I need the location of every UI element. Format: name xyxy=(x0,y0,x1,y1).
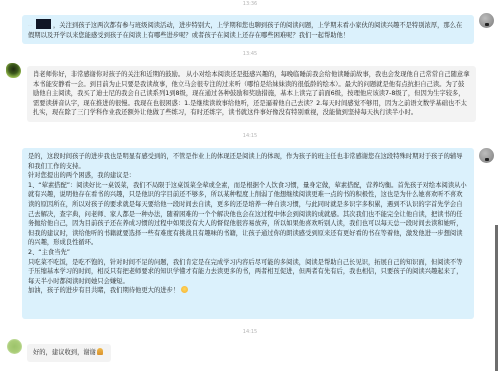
pray-emoji-icon xyxy=(97,348,103,355)
parent-avatar[interactable] xyxy=(6,63,21,78)
timestamp: 14:15 xyxy=(0,133,500,139)
message-bubble-parent[interactable]: 好的，建议收到，谢谢 xyxy=(27,344,111,362)
scrollbar[interactable] xyxy=(495,225,498,371)
teacher-avatar[interactable] xyxy=(479,13,494,28)
message-bubble-teacher[interactable]: …，关注到孩子这两次都有参与班级阅读活动，进步特别大，上学期和您也聊到孩子的阅读… xyxy=(22,15,474,44)
message-paragraph: 加油，孩子的进步有目共睹，我们期待他更大的进步！ xyxy=(28,286,468,296)
message-bubble-parent[interactable]: 肖老师你好，非常感谢你对孩子的关注和近期的鼓励。 从小对绘本阅读还是挺感兴趣的，… xyxy=(27,66,476,122)
timestamp: 13:45 xyxy=(0,51,500,57)
chat-history: 13:36 …，关注到孩子这两次都有参与班级阅读活动，进步特别大，上学期和您也聊… xyxy=(0,0,500,371)
smile-emoji-icon xyxy=(181,286,188,293)
timestamp: 14:15 xyxy=(0,329,500,335)
message-text: 好的，建议收到，谢谢 xyxy=(33,348,105,358)
faded-name: … xyxy=(28,22,32,27)
message-text: 肖老师你好，非常感谢你对孩子的关注和近期的鼓励。 从小对绘本阅读还是挺感兴趣的，… xyxy=(33,70,470,118)
message-paragraph: 是的，这段时间孩子的进步我也是明显有感受到的，不管是作业上的体现还是阅读上的体现… xyxy=(28,152,468,171)
message-paragraph: 针对您提出的两个困惑，我的建议是： xyxy=(28,171,468,181)
message-paragraph: 1、“荤素搭配”：阅读好比一桌饭菜，我们不局限于这桌饭菜全荤或全素，而是根据个人… xyxy=(28,181,468,248)
message-text: …，关注到孩子这两次都有参与班级阅读活动，进步特别大，上学期和您也聊到孩子的阅读… xyxy=(28,19,468,40)
parent-avatar[interactable] xyxy=(7,339,22,354)
teacher-avatar[interactable] xyxy=(479,148,494,163)
redacted-name xyxy=(36,19,51,29)
message-bubble-teacher[interactable]: 是的，这段时间孩子的进步我也是明显有感受到的，不管是作业上的体现还是阅读上的体现… xyxy=(22,148,474,319)
message-paragraph: 只吃菜不吃饭，是吃不饱的，针对时间不足的问题，我们肯定是在完成学习内容后尽可能的… xyxy=(28,258,468,287)
message-paragraph: 2、“主食当先” xyxy=(28,248,468,258)
timestamp: 13:36 xyxy=(0,1,500,7)
